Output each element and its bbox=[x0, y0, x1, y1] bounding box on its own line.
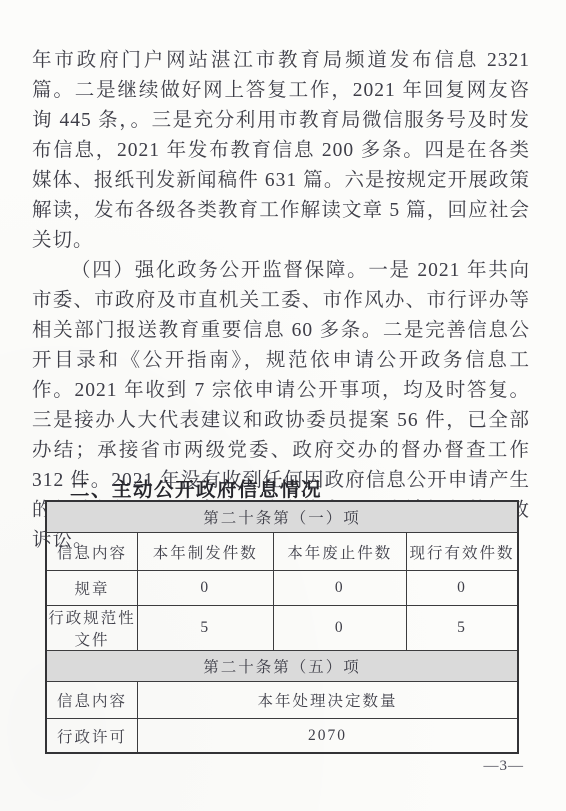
table-cell-value: 0 bbox=[273, 571, 407, 606]
table-section1-title-row: 第二十条第（一）项 bbox=[46, 501, 518, 533]
table-cell-value: 0 bbox=[407, 571, 518, 606]
table-cell-value: 2070 bbox=[138, 719, 518, 754]
table-section1-title: 第二十条第（一）项 bbox=[46, 501, 518, 533]
table-header-cell: 信息内容 bbox=[46, 682, 138, 719]
table-header-cell: 信息内容 bbox=[46, 533, 138, 571]
table-section2-title-row: 第二十条第（五）项 bbox=[46, 651, 518, 682]
table-cell-value: 5 bbox=[138, 606, 273, 651]
body-paragraph: 年市政府门户网站湛江市教育局频道发布信息 2321 篇。二是继续做好网上答复工作… bbox=[32, 46, 530, 256]
table-row-label: 规章 bbox=[46, 571, 138, 606]
table-cell-value: 5 bbox=[407, 606, 518, 651]
table-row-label: 行政规范性文件 bbox=[46, 606, 138, 651]
table-header-row: 信息内容 本年制发件数 本年废止件数 现行有效件数 bbox=[46, 533, 518, 571]
table-header-row: 信息内容 本年处理决定数量 bbox=[46, 682, 518, 719]
table-row-label: 行政许可 bbox=[46, 719, 138, 754]
table-header-cell: 本年废止件数 bbox=[273, 533, 407, 571]
section-heading: 二、主动公开政府信息情况 bbox=[70, 474, 322, 502]
table-row: 规章 0 0 0 bbox=[46, 571, 518, 606]
table-section2-title: 第二十条第（五）项 bbox=[46, 651, 518, 682]
table-header-cell: 现行有效件数 bbox=[407, 533, 518, 571]
table-cell-value: 0 bbox=[273, 606, 407, 651]
table-header-cell: 本年制发件数 bbox=[138, 533, 273, 571]
table-row: 行政规范性文件 5 0 5 bbox=[46, 606, 518, 651]
table-row: 行政许可 2070 bbox=[46, 719, 518, 754]
page-number: —3— bbox=[484, 758, 525, 775]
table-header-cell: 本年处理决定数量 bbox=[138, 682, 518, 719]
document-page: 年市政府门户网站湛江市教育局频道发布信息 2321 篇。二是继续做好网上答复工作… bbox=[0, 0, 566, 811]
disclosure-table: 第二十条第（一）项 信息内容 本年制发件数 本年废止件数 现行有效件数 规章 0… bbox=[45, 500, 519, 754]
table-cell-value: 0 bbox=[138, 571, 273, 606]
